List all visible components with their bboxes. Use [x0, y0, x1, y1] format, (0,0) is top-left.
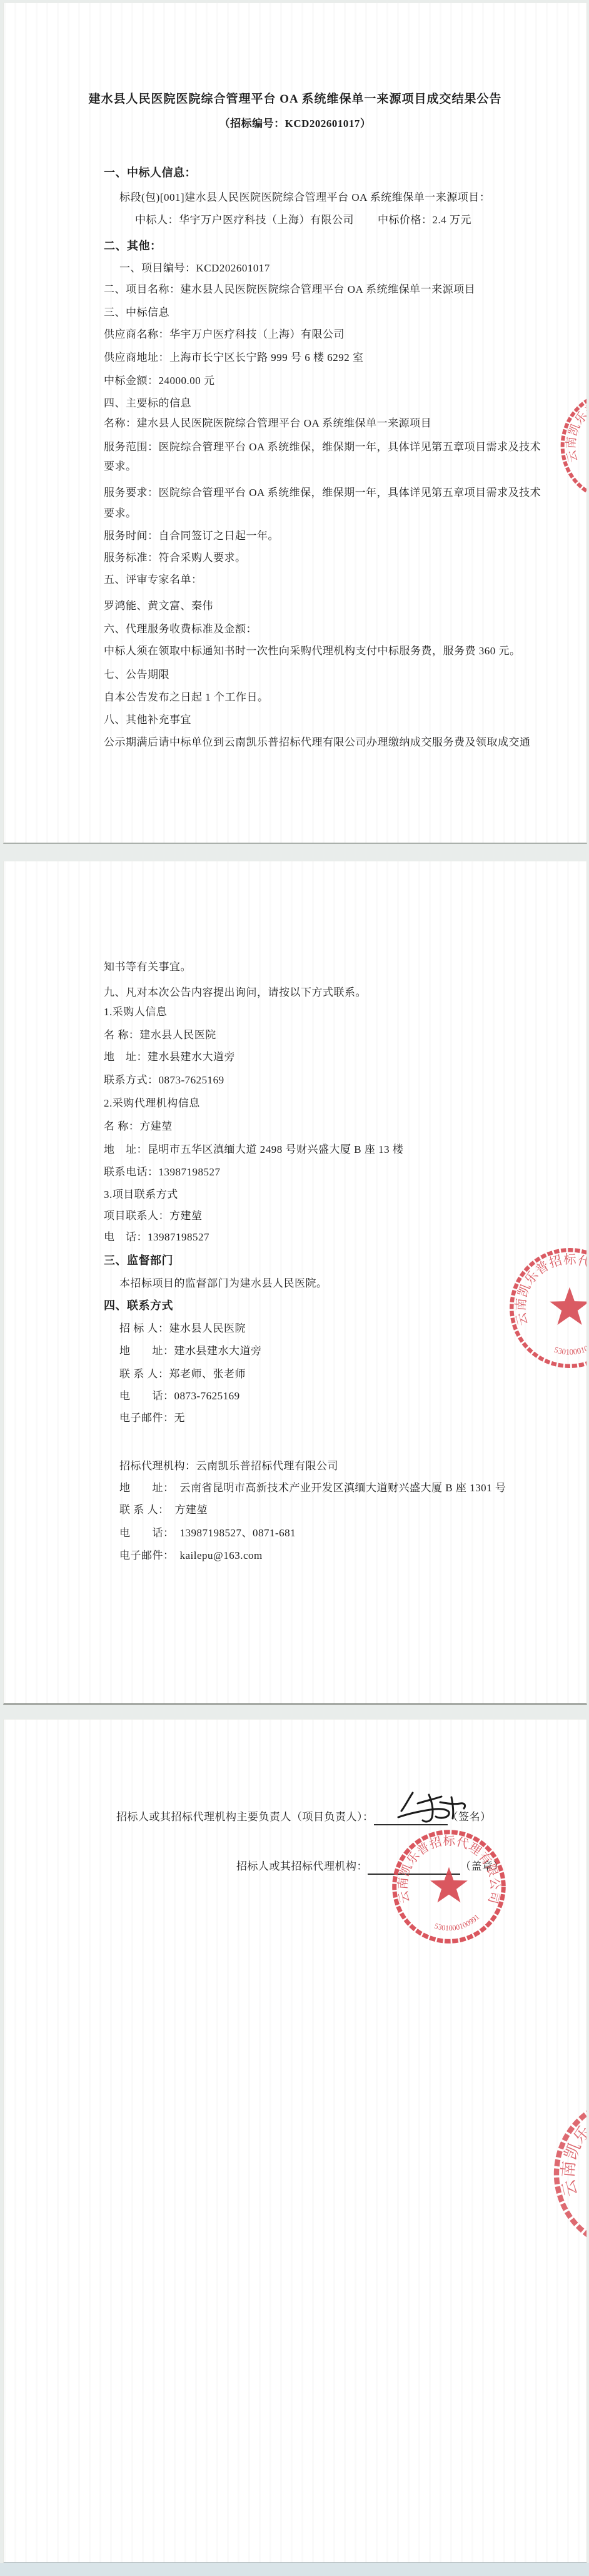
doc-line: 名 称：建水县人民医院	[104, 1027, 216, 1043]
document-page-2: 知书等有关事宜。 九、凡对本次公告内容提出询问，请按以下方式联系。 1.采购人信…	[3, 861, 587, 1705]
doc-line: 电 话：0873-7625169	[119, 1388, 240, 1404]
document-page-1: 建水县人民医院医院综合管理平台 OA 系统维保单一来源项目成交结果公告 （招标编…	[3, 3, 587, 844]
doc-line: 服务标准：符合采购人要求。	[104, 550, 246, 566]
expert-names-line: 罗鸿能、黄文富、秦伟	[104, 598, 213, 614]
doc-line: 五、评审专家名单：	[104, 572, 203, 588]
section-heading: 一、中标人信息：	[104, 165, 196, 181]
scan-background-strip	[0, 2563, 589, 2576]
section-heading: 三、监督部门	[104, 1252, 173, 1269]
doc-line: 公示期满后请中标单位到云南凯乐普招标代理有限公司办理缴纳成交服务费及领取成交通	[104, 734, 531, 751]
stamper-label: 招标人或其招标代理机构：	[236, 1858, 368, 1875]
doc-line: 电 话：13987198527	[104, 1229, 209, 1245]
doc-line: 六、代理服务收费标准及金额：	[104, 621, 257, 637]
doc-line: 服务范围：医院综合管理平台 OA 系统维保，维保期一年，具体详见第五章项目需求及…	[104, 439, 541, 455]
star-icon	[430, 1867, 468, 1903]
tender-number-subtitle: （招标编号：KCD202601017）	[4, 116, 586, 132]
doc-line: 七、公告期限	[104, 667, 169, 683]
svg-text:5301000100991: 5301000100991	[553, 1336, 587, 1357]
doc-line: 中标人须在领取中标通知书时一次性向采购代理机构支付中标服务费，服务费 360 元…	[104, 643, 521, 659]
signer-label: 招标人或其招标代理机构主要负责人（项目负责人）：	[116, 1809, 374, 1825]
handwritten-signature	[396, 1790, 470, 1826]
winner-price-line: 中标价格：2.4 万元	[378, 212, 471, 228]
doc-line: 项目联系人：方建堃	[104, 1208, 203, 1224]
doc-line: 地 址：建水县建水大道旁	[119, 1343, 262, 1359]
doc-line: 联系方式：0873-7625169	[104, 1072, 224, 1088]
doc-line: 中标金额：24000.00 元	[104, 373, 215, 389]
svg-text:5301000100991: 5301000100991	[433, 1912, 481, 1932]
agency-seal-partial-icon: 云南凯乐普招标代理有限公司 5301000100991	[506, 1244, 587, 1372]
doc-line: 联 系 人：郑老师、张老师	[119, 1366, 246, 1382]
doc-line: 地 址： 云南省昆明市高新技术产业开发区滇缅大道财兴盛大厦 B 座 1301 号	[119, 1480, 506, 1496]
agency-seal-partial-icon: 云南凯乐普招标代理有限公司 5301000100991	[557, 387, 587, 505]
doc-line: 九、凡对本次公告内容提出询问，请按以下方式联系。	[104, 985, 366, 1001]
doc-line: 要求。	[104, 505, 137, 522]
page-title: 建水县人民医院医院综合管理平台 OA 系统维保单一来源项目成交结果公告	[4, 91, 586, 108]
doc-line: 招 标 人：建水县人民医院	[119, 1321, 246, 1337]
doc-line: 1.采购人信息	[104, 1004, 167, 1020]
doc-line: 本招标项目的监督部门为建水县人民医院。	[119, 1275, 328, 1292]
agency-round-seal-icon: 云南凯乐普招标代理有限公司 5301000100991	[386, 1827, 511, 1947]
doc-line: 自本公告发布之日起 1 个工作日。	[104, 689, 269, 706]
doc-line: 服务要求：医院综合管理平台 OA 系统维保，维保期一年，具体详见第五章项目需求及…	[104, 485, 541, 501]
doc-line: 名 称：方建堃	[104, 1118, 173, 1135]
doc-line: 名称：建水县人民医院医院综合管理平台 OA 系统维保单一来源项目	[104, 415, 431, 432]
agency-name-line: 招标代理机构：云南凯乐普招标代理有限公司	[119, 1458, 338, 1474]
winner-name-line: 中标人：华宇万户医疗科技（上海）有限公司	[135, 212, 354, 228]
doc-line: 供应商名称：华宇万户医疗科技（上海）有限公司	[104, 327, 345, 343]
agency-seal-partial-icon: 云南凯乐普招标代理有限公司 5301000100991	[549, 2091, 587, 2256]
doc-line: 地 址：建水县建水大道旁	[104, 1049, 235, 1065]
document-page-3: 招标人或其招标代理机构主要负责人（项目负责人）： （签名） 招标人或其招标代理机…	[3, 1719, 587, 2563]
doc-line: 3.项目联系方式	[104, 1187, 178, 1203]
section-heading: 四、联系方式	[104, 1297, 173, 1314]
doc-line: 要求。	[104, 459, 137, 475]
doc-line: 联系电话：13987198527	[104, 1164, 221, 1180]
star-icon	[550, 1287, 587, 1325]
doc-line: 一、项目编号：KCD202601017	[119, 260, 270, 276]
section-heading: 二、其他：	[104, 238, 162, 254]
doc-line: 知书等有关事宜。	[104, 959, 191, 975]
doc-line: 2.采购代理机构信息	[104, 1095, 200, 1112]
doc-line: 服务时间：自合同签订之日起一年。	[104, 528, 279, 544]
doc-line: 三、中标信息	[104, 305, 169, 321]
doc-line: 联 系 人： 方建堃	[119, 1502, 208, 1518]
email-line: 电子邮件： kailepu@163.com	[119, 1548, 263, 1564]
doc-line: 四、主要标的信息	[104, 395, 191, 412]
doc-line: 供应商地址：上海市长宁区长宁路 999 号 6 楼 6292 室	[104, 350, 364, 366]
doc-line: 地 址：昆明市五华区滇缅大道 2498 号财兴盛大厦 B 座 13 楼	[104, 1142, 403, 1158]
doc-line: 二、项目名称：建水县人民医院医院综合管理平台 OA 系统维保单一来源项目	[104, 281, 475, 298]
doc-line: 八、其他补充事宜	[104, 712, 191, 728]
doc-line: 电 话： 13987198527、0871-681	[119, 1525, 296, 1541]
doc-line: 标段(包)[001]建水县人民医院医院综合管理平台 OA 系统维保单一来源项目：	[119, 190, 490, 206]
doc-line: 电子邮件：无	[119, 1410, 185, 1426]
